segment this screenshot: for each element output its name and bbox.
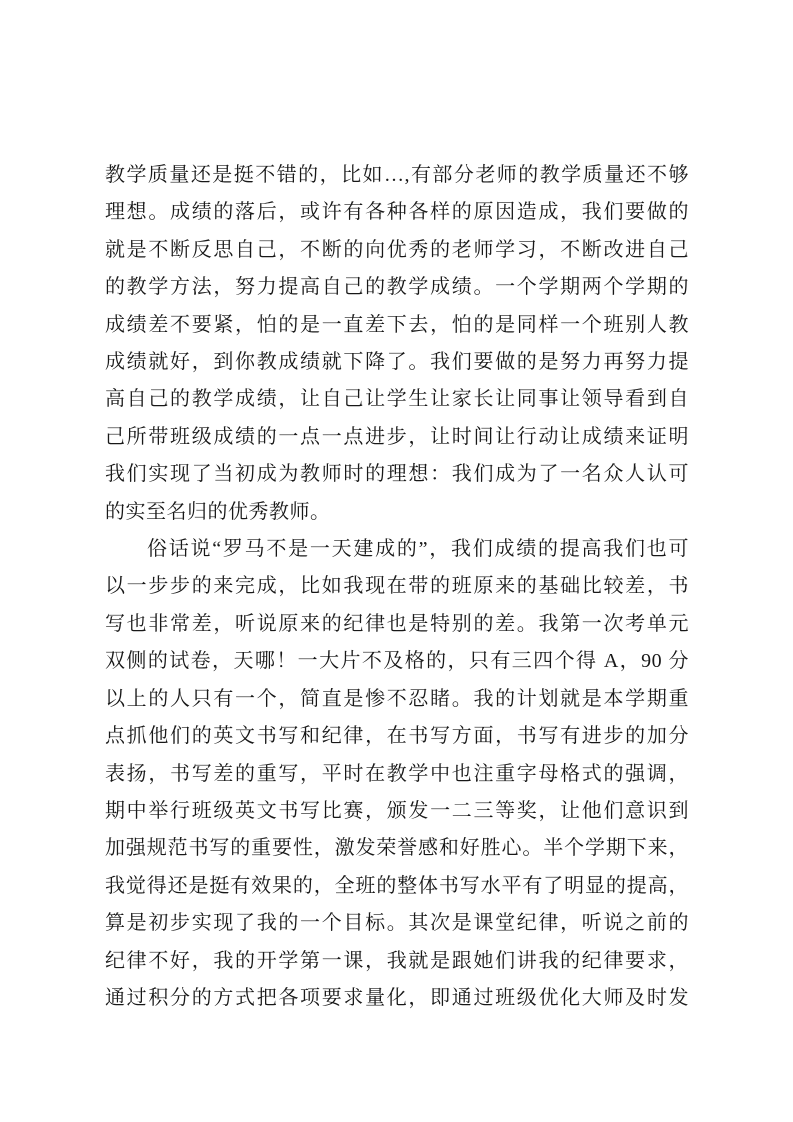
text-line: 成绩就好，到你教成绩就下降了。我们要做的是努力再努力提 xyxy=(105,344,689,381)
text-line: 己所带班级成绩的一点一点进步，让时间让行动让成绩来证明 xyxy=(105,419,689,456)
text-line: 教学质量还是挺不错的，比如…,有部分老师的教学质量还不够 xyxy=(105,157,689,194)
text-line: 就是不断反思自己，不断的向优秀的老师学习，不断改进自己 xyxy=(105,232,689,269)
text-line: 俗话说“罗马不是一天建成的”，我们成绩的提高我们也可 xyxy=(105,531,689,568)
text-line: 理想。成绩的落后，或许有各种各样的原因造成，我们要做的 xyxy=(105,194,689,231)
text-line: 算是初步实现了我的一个目标。其次是课堂纪律，听说之前的 xyxy=(105,905,689,942)
text-line: 高自己的教学成绩，让自己让学生让家长让同事让领导看到自 xyxy=(105,381,689,418)
text-line: 通过积分的方式把各项要求量化，即通过班级优化大师及时发 xyxy=(105,980,689,1017)
text-line: 我觉得还是挺有效果的，全班的整体书写水平有了明显的提高， xyxy=(105,868,689,905)
text-line: 双侧的试卷，天哪！一大片不及格的，只有三四个得 A，90 分 xyxy=(105,643,689,680)
text-line: 纪律不好，我的开学第一课，我就是跟她们讲我的纪律要求， xyxy=(105,943,689,980)
document-text: 教学质量还是挺不错的，比如…,有部分老师的教学质量还不够理想。成绩的落后，或许有… xyxy=(105,157,689,1017)
text-line: 点抓他们的英文书写和纪律，在书写方面，书写有进步的加分 xyxy=(105,718,689,755)
text-line: 以上的人只有一个，简直是惨不忍睹。我的计划就是本学期重 xyxy=(105,681,689,718)
text-line: 写也非常差，听说原来的纪律也是特别的差。我第一次考单元 xyxy=(105,606,689,643)
text-line: 加强规范书写的重要性，激发荣誉感和好胜心。半个学期下来， xyxy=(105,830,689,867)
text-line: 的教学方法，努力提高自己的教学成绩。一个学期两个学期的 xyxy=(105,269,689,306)
text-line: 成绩差不要紧，怕的是一直差下去，怕的是同样一个班别人教 xyxy=(105,307,689,344)
text-line: 的实至名归的优秀教师。 xyxy=(105,494,689,531)
text-line: 期中举行班级英文书写比赛，颁发一二三等奖，让他们意识到 xyxy=(105,793,689,830)
text-line: 我们实现了当初成为教师时的理想：我们成为了一名众人认可 xyxy=(105,456,689,493)
text-line: 以一步步的来完成，比如我现在带的班原来的基础比较差，书 xyxy=(105,568,689,605)
text-line: 表扬，书写差的重写，平时在教学中也注重字母格式的强调， xyxy=(105,756,689,793)
document-page: 教学质量还是挺不错的，比如…,有部分老师的教学质量还不够理想。成绩的落后，或许有… xyxy=(0,0,793,1122)
